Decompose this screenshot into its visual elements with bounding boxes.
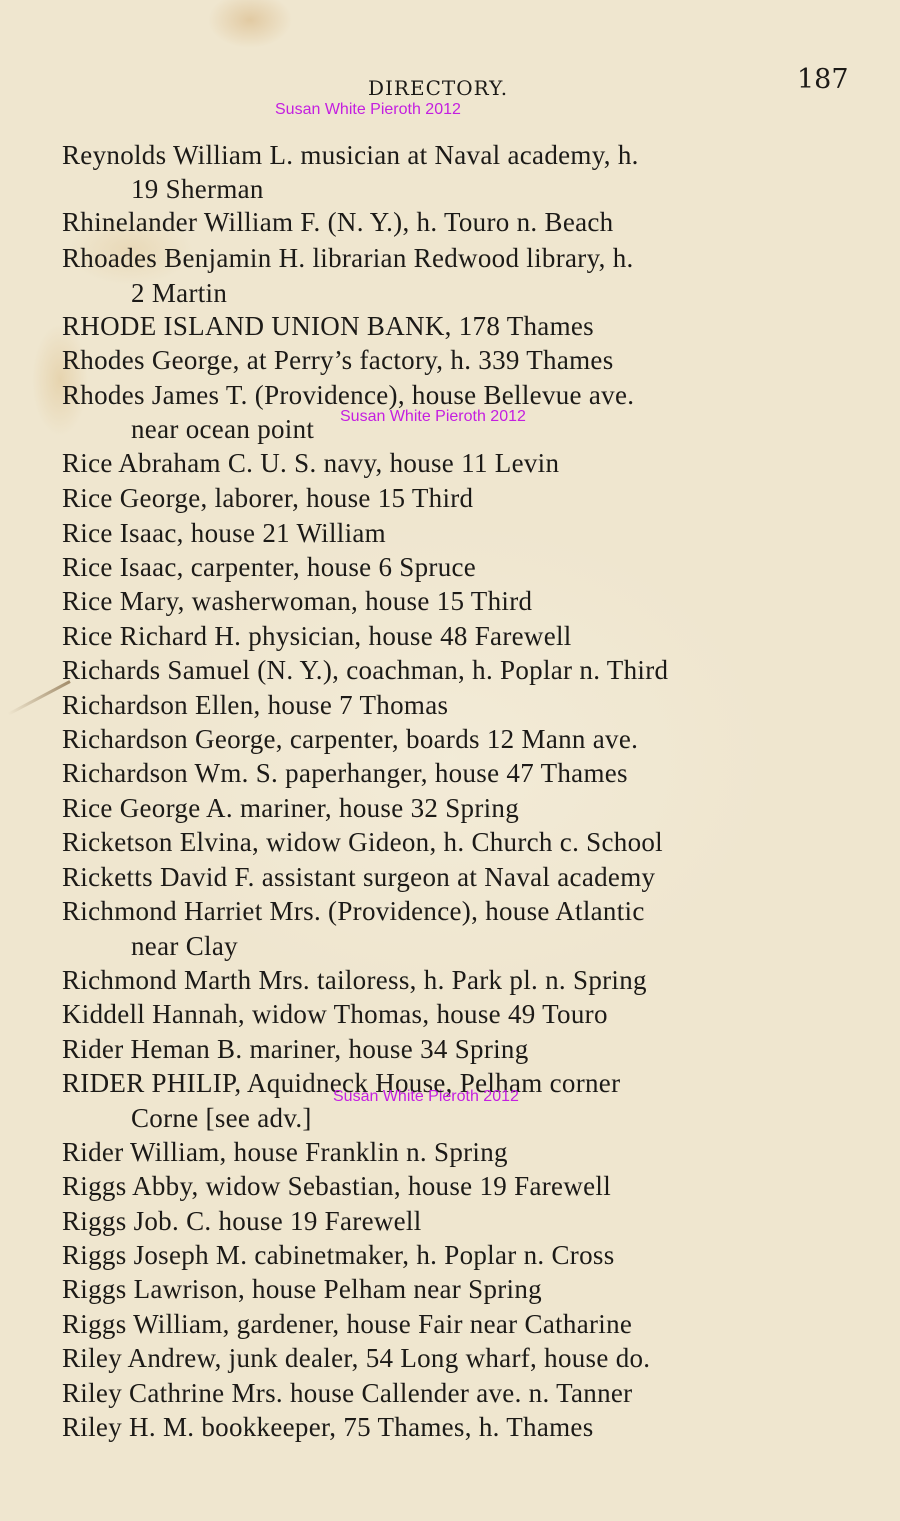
- directory-page: DIRECTORY. 187 Reynolds William L. music…: [0, 0, 900, 1521]
- directory-entry: Rider Heman B. mariner, house 34 Spring: [62, 1034, 529, 1065]
- page-number: 187: [797, 64, 849, 95]
- watermark-text: Susan White Pieroth 2012: [333, 1088, 519, 1106]
- directory-entry-continuation: near Clay: [131, 931, 238, 962]
- page-heading: DIRECTORY.: [368, 76, 508, 100]
- directory-entry: Kiddell Hannah, widow Thomas, house 49 T…: [62, 999, 608, 1030]
- directory-entry-continuation: Corne [see adv.]: [131, 1103, 312, 1134]
- directory-entry: Riley Cathrine Mrs. house Callender ave.…: [62, 1378, 632, 1409]
- directory-entry: Rider William, house Franklin n. Spring: [62, 1137, 508, 1168]
- directory-entry: Riley H. M. bookkeeper, 75 Thames, h. Th…: [62, 1412, 594, 1443]
- directory-entry-continuation: 19 Sherman: [131, 174, 264, 205]
- directory-entry: RHODE ISLAND UNION BANK, 178 Thames: [62, 311, 594, 342]
- directory-entry: Rice George A. mariner, house 32 Spring: [62, 793, 519, 824]
- directory-entry: Rhodes George, at Perry’s factory, h. 33…: [62, 345, 614, 376]
- directory-entry: Riley Andrew, junk dealer, 54 Long wharf…: [62, 1343, 650, 1374]
- directory-entry-continuation: 2 Martin: [131, 278, 227, 309]
- watermark-text: Susan White Pieroth 2012: [275, 101, 461, 119]
- directory-entry-continuation: near ocean point: [131, 414, 314, 445]
- directory-entry: Richmond Harriet Mrs. (Providence), hous…: [62, 896, 645, 927]
- directory-entry: Richmond Marth Mrs. tailoress, h. Park p…: [62, 965, 647, 996]
- directory-entry: Rice Isaac, carpenter, house 6 Spruce: [62, 552, 476, 583]
- directory-entry: Riggs Lawrison, house Pelham near Spring: [62, 1274, 542, 1305]
- directory-entry: Riggs William, gardener, house Fair near…: [62, 1309, 632, 1340]
- directory-entry: Riggs Abby, widow Sebastian, house 19 Fa…: [62, 1171, 611, 1202]
- directory-entry: Riggs Job. C. house 19 Farewell: [62, 1206, 422, 1237]
- directory-entry: Richards Samuel (N. Y.), coachman, h. Po…: [62, 655, 668, 686]
- directory-entry: Rice Mary, washerwoman, house 15 Third: [62, 586, 532, 617]
- directory-entry: Ricketson Elvina, widow Gideon, h. Churc…: [62, 827, 663, 858]
- directory-entry: Rice Abraham C. U. S. navy, house 11 Lev…: [62, 448, 559, 479]
- directory-entry: Riggs Joseph M. cabinetmaker, h. Poplar …: [62, 1240, 615, 1271]
- directory-entry: Richardson Wm. S. paperhanger, house 47 …: [62, 758, 628, 789]
- directory-entry: Richardson George, carpenter, boards 12 …: [62, 724, 638, 755]
- directory-entry: Rice Richard H. physician, house 48 Fare…: [62, 621, 572, 652]
- directory-entry: Rhinelander William F. (N. Y.), h. Touro…: [62, 207, 613, 238]
- directory-entry: Reynolds William L. musician at Naval ac…: [62, 140, 639, 171]
- directory-entry: Rice Isaac, house 21 William: [62, 518, 386, 549]
- watermark-text: Susan White Pieroth 2012: [340, 408, 526, 426]
- directory-entry: Rhodes James T. (Providence), house Bell…: [62, 380, 634, 411]
- directory-entry: Ricketts David F. assistant surgeon at N…: [62, 862, 655, 893]
- directory-entry: Rice George, laborer, house 15 Third: [62, 483, 473, 514]
- directory-entry: Rhoades Benjamin H. librarian Redwood li…: [62, 243, 634, 274]
- directory-entry: Richardson Ellen, house 7 Thomas: [62, 690, 448, 721]
